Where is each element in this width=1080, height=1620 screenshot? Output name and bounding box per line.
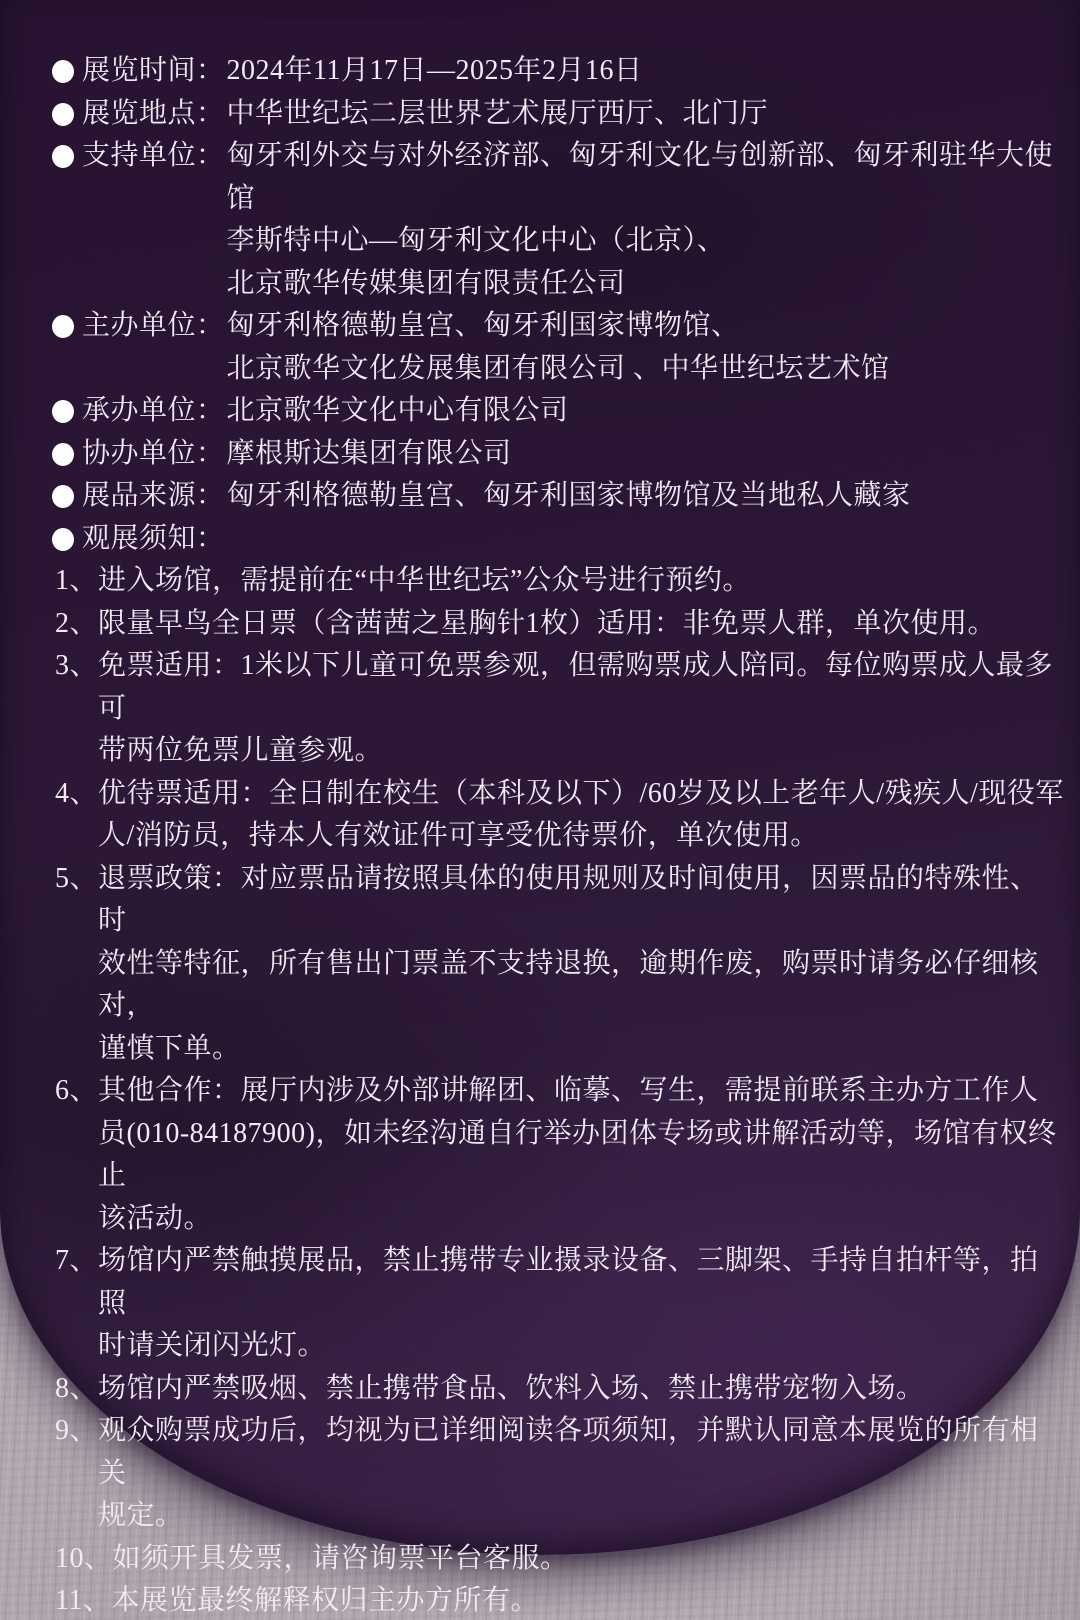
notice-item-10: 10、 如须开具发票，请咨询票平台客服。 [0, 1538, 1080, 1581]
bullet-icon [52, 400, 74, 423]
notice-text: 限量早鸟全日票（含茜茜之星胸针1枚）适用：非免票人群，单次使用。 [98, 603, 1066, 646]
info-content: 2024年11月17日—2025年2月16日 [227, 50, 1062, 93]
info-label: 支持单位： [82, 135, 225, 178]
bullet-icon [52, 315, 74, 338]
exhibition-notice-panel: 展览时间： 2024年11月17日—2025年2月16日 展览地点： 中华世纪坛… [0, 0, 1080, 1555]
notice-item-3: 3、 免票适用：1米以下儿童可免票参观，但需购票成人陪同。每位购票成人最多可 带… [0, 645, 1080, 773]
notice-number: 6、 [55, 1070, 98, 1113]
notice-item-5: 5、 退票政策：对应票品请按照具体的使用规则及时间使用，因票品的特殊性、时 效性… [0, 858, 1080, 1071]
notice-number: 9、 [55, 1410, 98, 1453]
bullet-icon [52, 443, 74, 466]
info-label: 协办单位： [82, 433, 225, 476]
notice-item-2: 2、 限量早鸟全日票（含茜茜之星胸针1枚）适用：非免票人群，单次使用。 [0, 603, 1080, 646]
info-item-undertaker: 承办单位： 北京歌华文化中心有限公司 [0, 390, 1080, 433]
notice-item-11: 11、 本展览最终解释权归主办方所有。 [0, 1580, 1080, 1620]
info-label: 展览地点： [82, 93, 225, 136]
notice-text: 进入场馆，需提前在“中华世纪坛”公众号进行预约。 [98, 560, 1066, 603]
notice-item-1: 1、 进入场馆，需提前在“中华世纪坛”公众号进行预约。 [0, 560, 1080, 603]
notice-text: 其他合作：展厅内涉及外部讲解团、临摹、写生，需提前联系主办方工作人 员(010-… [98, 1070, 1066, 1240]
notice-text: 如须开具发票，请咨询票平台客服。 [113, 1538, 1066, 1581]
notice-text: 场馆内严禁触摸展品，禁止携带专业摄录设备、三脚架、手持自拍杆等，拍照 时请关闭闪… [98, 1240, 1066, 1368]
info-content: 摩根斯达集团有限公司 [227, 433, 1062, 476]
notice-number: 11、 [55, 1580, 111, 1620]
info-label: 观展须知： [82, 518, 225, 561]
bullet-icon [52, 528, 74, 551]
bullet-icon [52, 60, 74, 83]
notice-number: 3、 [55, 645, 98, 688]
info-content: 匈牙利格德勒皇宫、匈牙利国家博物馆、 北京歌华文化发展集团有限公司 、中华世纪坛… [227, 305, 1062, 390]
notice-number: 2、 [55, 603, 98, 646]
notice-item-6: 6、 其他合作：展厅内涉及外部讲解团、临摹、写生，需提前联系主办方工作人 员(0… [0, 1070, 1080, 1240]
notice-item-4: 4、 优待票适用：全日制在校生（本科及以下）/60岁及以上老年人/残疾人/现役军… [0, 773, 1080, 858]
info-content: 北京歌华文化中心有限公司 [227, 390, 1062, 433]
notice-number: 1、 [55, 560, 98, 603]
notice-text: 观众购票成功后，均视为已详细阅读各项须知，并默认同意本展览的所有相关 规定。 [98, 1410, 1066, 1538]
notice-number: 5、 [55, 858, 98, 901]
info-content: 匈牙利格德勒皇宫、匈牙利国家博物馆及当地私人藏家 [227, 475, 1062, 518]
info-item-supporting-units: 支持单位： 匈牙利外交与对外经济部、匈牙利文化与创新部、匈牙利驻华大使馆 李斯特… [0, 135, 1080, 305]
info-label: 主办单位： [82, 305, 225, 348]
info-item-organizers: 主办单位： 匈牙利格德勒皇宫、匈牙利国家博物馆、 北京歌华文化发展集团有限公司 … [0, 305, 1080, 390]
info-label: 承办单位： [82, 390, 225, 433]
info-label: 展览时间： [82, 50, 225, 93]
bullet-icon [52, 145, 74, 168]
notice-text: 退票政策：对应票品请按照具体的使用规则及时间使用，因票品的特殊性、时 效性等特征… [98, 858, 1066, 1071]
notice-number: 10、 [55, 1538, 113, 1581]
notice-text: 免票适用：1米以下儿童可免票参观，但需购票成人陪同。每位购票成人最多可 带两位免… [98, 645, 1066, 773]
notice-number: 7、 [55, 1240, 98, 1283]
info-content: 中华世纪坛二层世界艺术展厅西厅、北门厅 [227, 93, 1062, 136]
info-item-exhibition-location: 展览地点： 中华世纪坛二层世界艺术展厅西厅、北门厅 [0, 93, 1080, 136]
notice-number: 8、 [55, 1368, 98, 1411]
info-content: 匈牙利外交与对外经济部、匈牙利文化与创新部、匈牙利驻华大使馆 李斯特中心—匈牙利… [227, 135, 1062, 305]
info-item-exhibit-source: 展品来源： 匈牙利格德勒皇宫、匈牙利国家博物馆及当地私人藏家 [0, 475, 1080, 518]
notice-text: 本展览最终解释权归主办方所有。 [111, 1580, 1066, 1620]
info-item-exhibition-time: 展览时间： 2024年11月17日—2025年2月16日 [0, 50, 1080, 93]
notice-item-8: 8、 场馆内严禁吸烟、禁止携带食品、饮料入场、禁止携带宠物入场。 [0, 1368, 1080, 1411]
notice-item-7: 7、 场馆内严禁触摸展品，禁止携带专业摄录设备、三脚架、手持自拍杆等，拍照 时请… [0, 1240, 1080, 1368]
bullet-icon [52, 103, 74, 126]
info-item-co-organizer: 协办单位： 摩根斯达集团有限公司 [0, 433, 1080, 476]
notice-number: 4、 [55, 773, 98, 816]
info-label: 展品来源： [82, 475, 225, 518]
notice-text: 场馆内严禁吸烟、禁止携带食品、饮料入场、禁止携带宠物入场。 [98, 1368, 1066, 1411]
notice-text: 优待票适用：全日制在校生（本科及以下）/60岁及以上老年人/残疾人/现役军 人/… [98, 773, 1066, 858]
bullet-icon [52, 485, 74, 508]
notice-item-9: 9、 观众购票成功后，均视为已详细阅读各项须知，并默认同意本展览的所有相关 规定… [0, 1410, 1080, 1538]
info-item-visitor-notice-heading: 观展须知： [0, 518, 1080, 561]
